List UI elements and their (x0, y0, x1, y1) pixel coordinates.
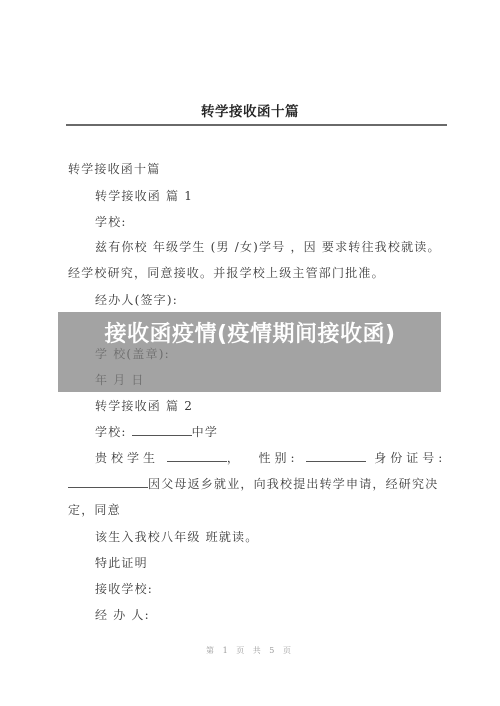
section2-reason-cont: 定，同意 (68, 501, 121, 518)
id-label: 身份证号: (374, 451, 446, 465)
section2-school: 学校: 中学 (95, 423, 218, 440)
school-suffix: 中学 (192, 425, 218, 439)
overlay-title: 接收函疫情(疫情期间接收函) (70, 318, 430, 352)
section1-body2: 经学校研究，同意接收。并报学校上级主管部门批准。 (68, 264, 385, 281)
section2-title: 转学接收函 篇 2 (95, 397, 193, 414)
document-heading: 转学接收函十篇 (68, 160, 160, 177)
section1-title: 转学接收函 篇 1 (95, 187, 193, 204)
school-label: 学校: (95, 425, 127, 439)
comma: ， (227, 451, 243, 465)
school-blank (132, 423, 192, 436)
section2-certify: 特此证明 (95, 554, 148, 571)
reason-text: 因父母返乡就业，向我校提出转学申请，经研究决 (148, 477, 438, 491)
section2-handler: 经 办 人: (95, 606, 150, 623)
header-rule (66, 124, 447, 126)
section1-body1: 兹有你校 年级学生 (男 /女)学号 ，因 要求转往我校就读。 (95, 238, 441, 255)
student-label: 贵校学生 (95, 451, 159, 465)
gender-label: 性别: (259, 451, 299, 465)
section1-school: 学校: (95, 213, 127, 230)
section2-reason: 因父母返乡就业，向我校提出转学申请，经研究决 (68, 475, 438, 492)
gender-blank (306, 449, 366, 462)
section2-receiving-school: 接收学校: (95, 580, 153, 597)
student-blank (167, 449, 227, 462)
id-blank (68, 475, 148, 488)
section2-student: 贵校学生 ， 性别: 身份证号: (95, 449, 446, 466)
section2-enroll: 该生入我校八年级 班就读。 (95, 528, 258, 545)
page-footer: 第 1 页 共 5 页 (0, 645, 500, 656)
section1-handler: 经办人(签字): (95, 291, 178, 308)
page-title: 转学接收函十篇 (0, 100, 500, 120)
